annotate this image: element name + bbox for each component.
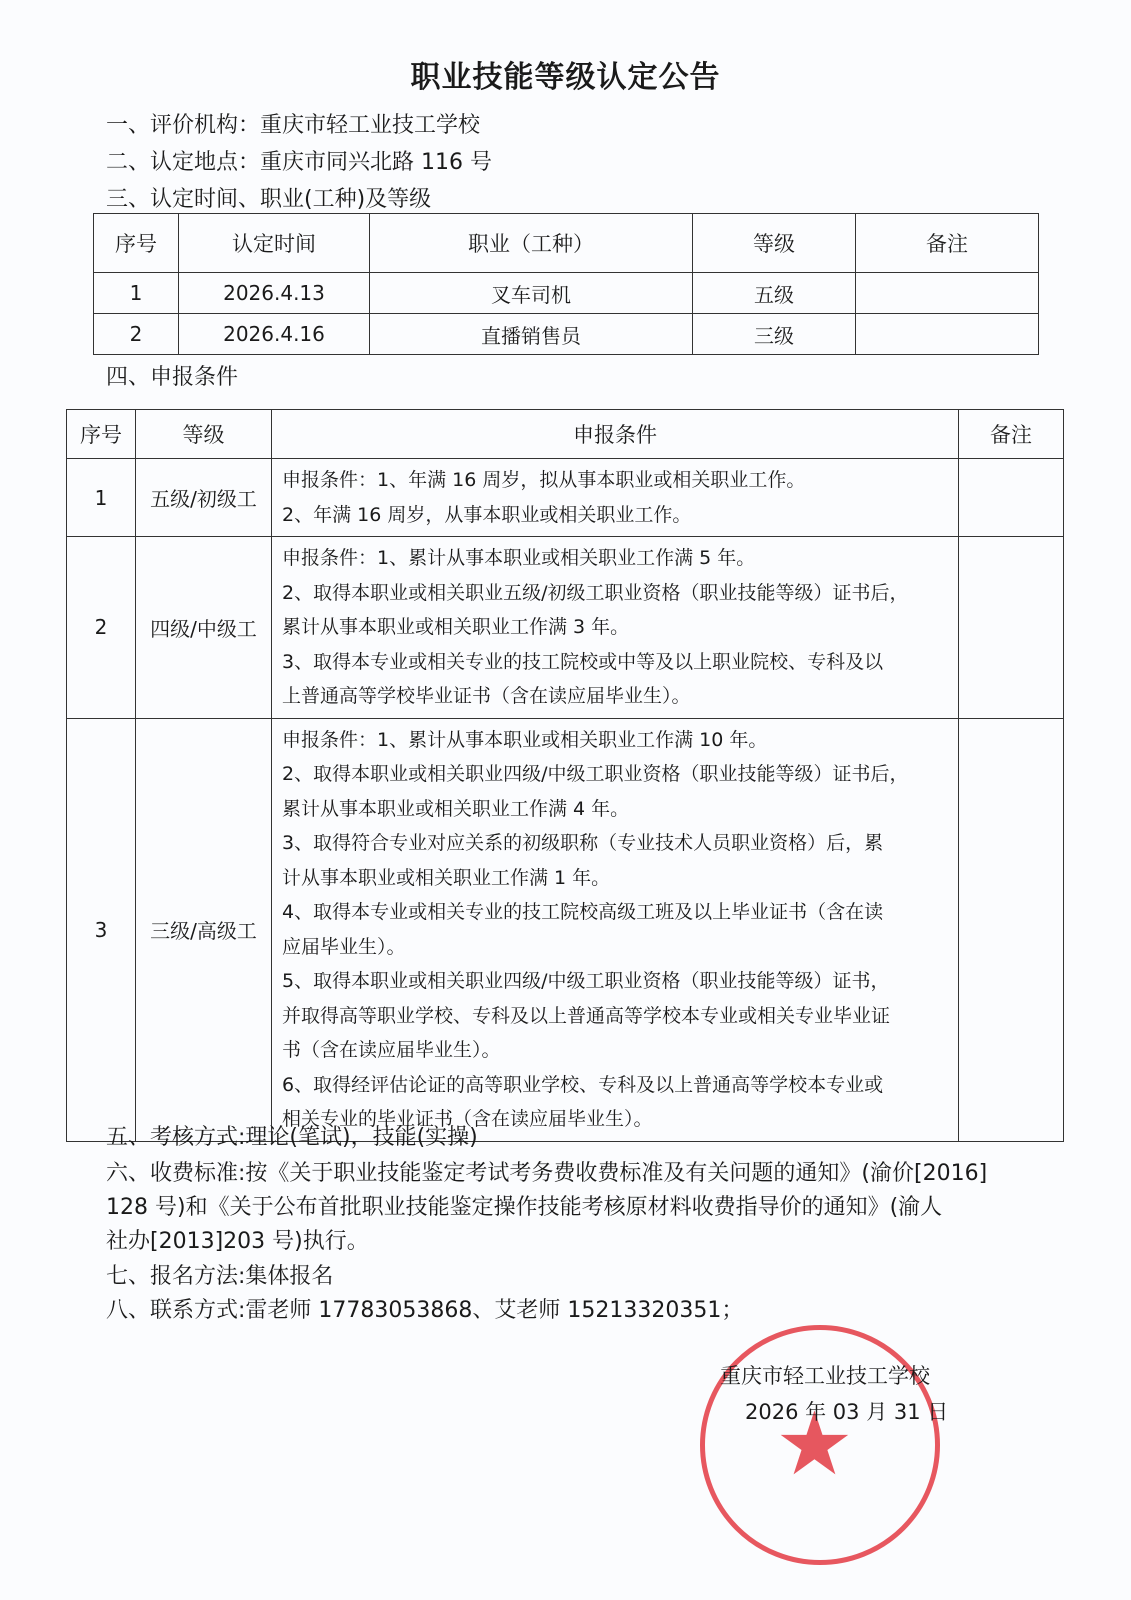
section-fee-line-3: 社办[2013]203 号)执行。: [106, 1224, 369, 1255]
table-header-row: 序号 等级 申报条件 备注: [67, 410, 1064, 459]
cell-note: [959, 459, 1064, 537]
section-registration: 七、报名方法:集体报名: [106, 1259, 333, 1290]
cell-note: [856, 314, 1039, 355]
condition-line: 6、取得经评估论证的高等职业学校、专科及以上普通高等学校本专业或: [282, 1068, 948, 1103]
cell-level: 三级/高级工: [136, 718, 272, 1141]
section-location: 二、认定地点：重庆市同兴北路 116 号: [106, 145, 492, 176]
header-occupation: 职业（工种）: [370, 214, 693, 273]
table-header-row: 序号 认定时间 职业（工种） 等级 备注: [94, 214, 1039, 273]
table-row: 1 2026.4.13 叉车司机 五级: [94, 273, 1039, 314]
condition-line: 申报条件：1、累计从事本职业或相关职业工作满 10 年。: [282, 723, 948, 758]
condition-line: 3、取得本专业或相关专业的技工院校或中等及以上职业院校、专科及以: [282, 645, 948, 680]
schedule-table: 序号 认定时间 职业（工种） 等级 备注 1 2026.4.13 叉车司机 五级…: [93, 213, 1039, 355]
section-assessment-method: 五、考核方式:理论(笔试)，技能(实操): [106, 1120, 478, 1151]
condition-line: 上普通高等学校毕业证书（含在读应届毕业生）。: [282, 679, 948, 714]
conditions-table: 序号 等级 申报条件 备注 1 五级/初级工 申报条件：1、年满 16 周岁，拟…: [66, 409, 1064, 1142]
cell-occupation: 直播销售员: [370, 314, 693, 355]
condition-line: 5、取得本职业或相关职业四级/中级工职业资格（职业技能等级）证书，: [282, 964, 948, 999]
section-contact: 八、联系方式:雷老师 17783053868、艾老师 15213320351；: [106, 1293, 743, 1324]
header-level: 等级: [136, 410, 272, 459]
condition-line: 2、取得本职业或相关职业五级/初级工职业资格（职业技能等级）证书后，: [282, 576, 948, 611]
condition-line: 申报条件：1、累计从事本职业或相关职业工作满 5 年。: [282, 541, 948, 576]
signature-date: 2026 年 03 月 31 日: [745, 1396, 948, 1426]
condition-line: 2、取得本职业或相关职业四级/中级工职业资格（职业技能等级）证书后，: [282, 757, 948, 792]
condition-line: 4、取得本专业或相关专业的技工院校高级工班及以上毕业证书（含在读: [282, 895, 948, 930]
condition-line: 2、年满 16 周岁，从事本职业或相关职业工作。: [282, 498, 948, 533]
cell-level: 三级: [693, 314, 856, 355]
header-note: 备注: [959, 410, 1064, 459]
cell-conditions: 申报条件：1、年满 16 周岁，拟从事本职业或相关职业工作。 2、年满 16 周…: [272, 459, 959, 537]
condition-line: 申报条件：1、年满 16 周岁，拟从事本职业或相关职业工作。: [282, 463, 948, 498]
cell-date: 2026.4.13: [179, 273, 370, 314]
condition-line: 书（含在读应届毕业生）。: [282, 1033, 948, 1068]
cell-note: [856, 273, 1039, 314]
section-conditions-heading: 四、申报条件: [106, 360, 238, 391]
condition-line: 累计从事本职业或相关职业工作满 3 年。: [282, 610, 948, 645]
section-evaluation-org: 一、评价机构：重庆市轻工业技工学校: [106, 108, 480, 139]
condition-line: 累计从事本职业或相关职业工作满 4 年。: [282, 792, 948, 827]
table-row: 2 四级/中级工 申报条件：1、累计从事本职业或相关职业工作满 5 年。 2、取…: [67, 537, 1064, 719]
cell-note: [959, 537, 1064, 719]
header-no: 序号: [67, 410, 136, 459]
cell-level: 五级/初级工: [136, 459, 272, 537]
header-no: 序号: [94, 214, 179, 273]
cell-date: 2026.4.16: [179, 314, 370, 355]
condition-line: 3、取得符合专业对应关系的初级职称（专业技术人员职业资格）后，累: [282, 826, 948, 861]
header-conditions: 申报条件: [272, 410, 959, 459]
header-level: 等级: [693, 214, 856, 273]
cell-conditions: 申报条件：1、累计从事本职业或相关职业工作满 10 年。 2、取得本职业或相关职…: [272, 718, 959, 1141]
signature-org: 重庆市轻工业技工学校: [720, 1360, 930, 1390]
cell-conditions: 申报条件：1、累计从事本职业或相关职业工作满 5 年。 2、取得本职业或相关职业…: [272, 537, 959, 719]
cell-note: [959, 718, 1064, 1141]
table-row: 3 三级/高级工 申报条件：1、累计从事本职业或相关职业工作满 10 年。 2、…: [67, 718, 1064, 1141]
cell-no: 1: [94, 273, 179, 314]
cell-no: 2: [67, 537, 136, 719]
cell-level: 五级: [693, 273, 856, 314]
page-title: 职业技能等级认定公告: [0, 52, 1131, 96]
cell-no: 3: [67, 718, 136, 1141]
condition-line: 并取得高等职业学校、专科及以上普通高等学校本专业或相关专业毕业证: [282, 999, 948, 1034]
cell-occupation: 叉车司机: [370, 273, 693, 314]
condition-line: 计从事本职业或相关职业工作满 1 年。: [282, 861, 948, 896]
table-row: 1 五级/初级工 申报条件：1、年满 16 周岁，拟从事本职业或相关职业工作。 …: [67, 459, 1064, 537]
cell-no: 2: [94, 314, 179, 355]
section-fee-line-2: 128 号)和《关于公布首批职业技能鉴定操作技能考核原材料收费指导价的通知》(渝…: [106, 1190, 942, 1221]
header-note: 备注: [856, 214, 1039, 273]
cell-level: 四级/中级工: [136, 537, 272, 719]
condition-line: 应届毕业生）。: [282, 930, 948, 965]
header-date: 认定时间: [179, 214, 370, 273]
cell-no: 1: [67, 459, 136, 537]
section-fee-line-1: 六、收费标准:按《关于职业技能鉴定考试考务费收费标准及有关问题的通知》(渝价[2…: [106, 1156, 987, 1187]
table-row: 2 2026.4.16 直播销售员 三级: [94, 314, 1039, 355]
section-schedule-heading: 三、认定时间、职业(工种)及等级: [106, 182, 431, 213]
